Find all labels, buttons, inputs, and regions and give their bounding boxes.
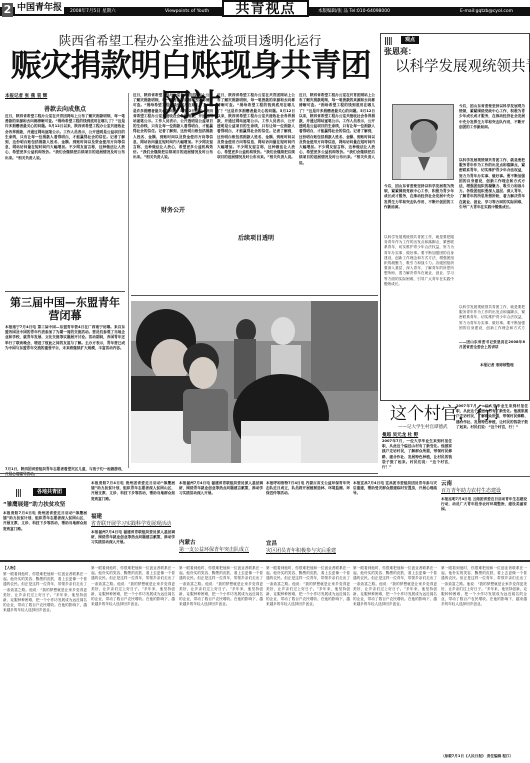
portrait-person-icon [393, 105, 454, 180]
divider-thick [0, 560, 530, 562]
divider [0, 473, 378, 474]
commentary-body-col-1: 以科学发展观统领共青团工作，就是要把服务青年作为工作的出发点和落脚点，紧密联系青… [384, 235, 454, 395]
feature-credit: （原载7月1日《人民日报》 责任编辑 程江） [441, 754, 530, 759]
decorative-bars-icon: ||| [15, 489, 21, 497]
lead-subhead-3: 后续项目透明 [217, 233, 295, 242]
feature-col-2: 第一眼看到他时，你很难把他和一位创业者联系在一起。他朴实的笑容、黝黑的皮肤，看上… [91, 566, 175, 762]
region-3-name: 内蒙古 [179, 540, 196, 547]
village-subheadline: ——记大学生村官谭德武 [398, 424, 448, 430]
region-5-body: 本报昆明7月4日电 云南团省委近日启动青年生态建设行动，动员广大青年投身农村环境… [441, 497, 527, 557]
lead-body-col-2: 近日，陕西省希望工程办公室在共青团网站上公布了赈灾捐款明细，每一笔善款的来源和去… [133, 93, 213, 291]
commentary-intro-cont: 今后，团山东省委要坚持以科学发展观为统领，紧紧围绕党政中心工作，积极为青少年成长… [384, 184, 454, 232]
region-4-name: 宜昌 [266, 541, 277, 548]
commentary-intro: 今后，团山东省委要坚持以科学发展观为统领，紧紧围绕党政中心工作，积极为青少年成长… [459, 104, 525, 156]
decorative-bars-icon: |||| [384, 37, 392, 45]
page-number: 2 [2, 3, 13, 17]
section-title: 共青视点 [222, 0, 309, 17]
divider [131, 295, 378, 296]
commentary-body-col-2b: 以科学发展观统领共青团工作，就是要把服务青年作为工作的出发点和落脚点，紧密联系青… [459, 305, 525, 330]
region-1-body-cont: 本报贵阳7月4日电 贵州团省委近日启动“雏鹰展翅”助力扶贫计划，组织青年志愿者深… [91, 481, 175, 511]
region-1-body: 本报贵阳7月4日电 贵州团省委近日启动“雏鹰展翅”助力扶贫计划，组织青年志愿者深… [3, 511, 87, 557]
masthead-logo: 中国青年报 [15, 2, 64, 14]
commentary-signature: ——团山东省委书记张恩亮在2008年6月团省委全委会上的讲话 [459, 340, 525, 360]
date-line: 2008年7月5日 星期六 [70, 9, 116, 15]
lead-byline: 本报记者 张 燕 袁 辉 [5, 93, 47, 99]
region-3-body: 本报呼和浩特7月4日电 内蒙古首支公益环保青年突击队近日成立，队员将开展植树造林… [266, 481, 350, 539]
feature-col-4: 第一眼看到他时，你很难把他和一位创业者联系在一起。他朴实的笑容、黝黑的皮肤，看上… [266, 566, 350, 762]
region-2-body: 本报福州7月4日电 福建省青联组织委员深入基层调研，围绕青年就业创业等热点问题建… [91, 530, 175, 558]
news-photo [131, 301, 378, 463]
divider [0, 476, 530, 477]
region-3-title: 第一支公益环保青年突击队成立 [179, 547, 263, 554]
region-2-title: 省青联开展学习实践科学发展观活动 [91, 521, 175, 528]
column-name-en: Viewpoints of Youth [165, 9, 209, 15]
lead-body-col-4: 近日，陕西省希望工程办公室在共青团网站上公布了赈灾捐款明细，每一笔善款的来源和去… [299, 93, 375, 291]
lead-body-col-1: 近日，陕西省希望工程办公室在共青团网站上公布了赈灾捐款明细，每一笔善款的来源和去… [5, 114, 125, 286]
village-body-col-1: 2007年7月，一位大学毕业生来到村里任职，从此这个偏远山村有了新变化。他挨家挨… [382, 439, 452, 477]
region-5-name: 云南 [441, 481, 452, 488]
commentary-headline: 以科学发展观统领共青团工作 [395, 58, 530, 76]
column-divider [128, 93, 129, 468]
region-2-name: 福建 [91, 514, 102, 521]
region-1-title: “雏鹰展翅”助力扶贫攻坚 [3, 502, 87, 509]
village-byline: 曼超 吴元龙 杜 野 [382, 432, 418, 438]
village-body-col-2: 2007年7月，一位大学毕业生来到村里任职，从此这个偏远山村有了新变化。他挨家挨… [456, 404, 528, 477]
feature-col-5: 第一眼看到他时，你很难把他和一位创业者联系在一起。他朴实的笑容、黝黑的皮肤，看上… [353, 566, 437, 762]
photo-scene-icon [131, 301, 378, 463]
region-2-body-cont: 本报福州7月4日电 福建省青联组织委员深入基层调研，围绕青年就业创业等热点问题建… [179, 481, 263, 541]
author-portrait [392, 104, 454, 180]
region-4-title: 灾区团员青年积极参与灾后重建 [266, 548, 350, 555]
lead-subhead-1: 善款去向成焦点 [5, 104, 125, 113]
region-5-title: 百万青年助力农村生态建设 [441, 488, 527, 495]
feature-label: 【人物】 [3, 566, 17, 571]
divider [5, 291, 125, 292]
lead-body-col-3: 近日，陕西省希望工程办公室在共青团网站上公布了赈灾捐款明细，每一笔善款的来源和去… [217, 93, 295, 291]
asean-headline: 第三届中国—东盟青年营闭幕 [5, 296, 125, 322]
region-4-body: 本报宜昌7月4日电 宜昌团市委组织团员青年参与灾后重建，帮助受灾群众搭建临时安置… [353, 481, 437, 557]
feature-col-3: 第一眼看到他时，你很难把他和一位创业者联系在一起。他朴实的笑容、黝黑的皮肤，看上… [179, 566, 263, 762]
commentary-signature-credit: 本报记者 邢婷婷整理 [480, 363, 530, 368]
feature-col-1: 第一眼看到他时，你很难把他和一位创业者联系在一起。他朴实的笑容、黝黑的皮肤，看上… [3, 572, 87, 762]
feature-col-6: 第一眼看到他时，你很难把他和一位创业者联系在一起。他朴实的笑容、黝黑的皮肤，看上… [441, 566, 527, 752]
asean-body: 本报南宁7月4日电 第三届中国—东盟青年营4日在广西南宁闭幕。来自东盟各国及中国… [5, 325, 125, 463]
email-line: E-mail:gqtzb@cyol.com [460, 9, 513, 15]
editor-line: 本版编辑/张 品 Tel:010-64098000 [318, 9, 390, 15]
lead-subhead-2: 财务公开 [133, 205, 213, 214]
regional-tag: 各地共青团 [33, 488, 66, 496]
commentary-body-col-2a: 以科学发展观统领共青团工作，就是要把服务青年作为工作的出发点和落脚点，紧密联系青… [459, 158, 525, 303]
commentary-tag: 观点 [401, 36, 419, 44]
commentary-author: 张恩亮： [384, 46, 416, 57]
